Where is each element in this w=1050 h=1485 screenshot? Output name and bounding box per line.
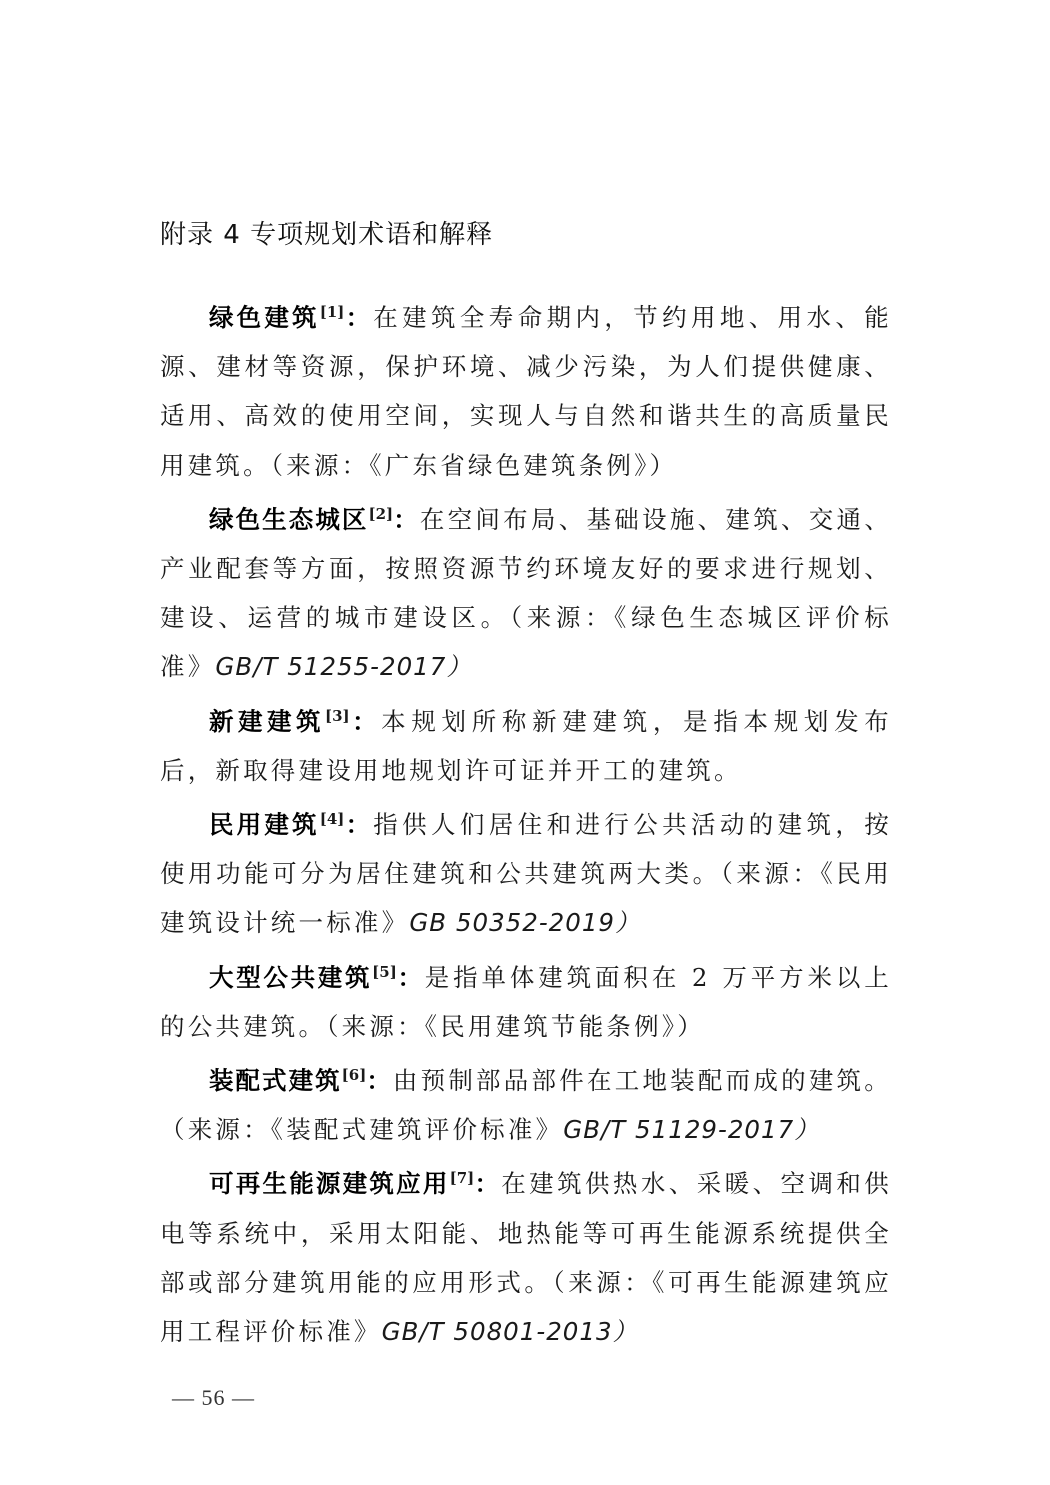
glossary-entry-new-building: 新建建筑[3]：本规划所称新建建筑，是指本规划发布后，新取得建设用地规划许可证并… bbox=[160, 692, 892, 795]
colon: ： bbox=[393, 505, 420, 534]
colon: ： bbox=[366, 1066, 393, 1095]
appendix-title: 附录 4 专项规划术语和解释 bbox=[160, 214, 493, 251]
colon: ： bbox=[350, 707, 382, 736]
glossary-entry-civil-building: 民用建筑[4]：指供人们居住和进行公共活动的建筑，按使用功能可分为居住建筑和公共… bbox=[160, 795, 892, 948]
glossary-entry-large-public-building: 大型公共建筑[5]：是指单体建筑面积在 2 万平方米以上的公共建筑。（来源：《民… bbox=[160, 948, 892, 1051]
colon: ： bbox=[344, 303, 373, 332]
term: 民用建筑 bbox=[209, 810, 320, 839]
colon: ： bbox=[344, 810, 373, 839]
glossary-entry-renewable-energy-application: 可再生能源建筑应用[7]：在建筑供热水、采暖、空调和供电等系统中，采用太阳能、地… bbox=[160, 1154, 892, 1356]
page-number: — 56 — bbox=[172, 1385, 255, 1411]
term: 可再生能源建筑应用 bbox=[209, 1169, 450, 1198]
term: 绿色建筑 bbox=[209, 303, 320, 332]
term: 装配式建筑 bbox=[209, 1066, 342, 1095]
standard-code: GB/T 50801-2013） bbox=[382, 1317, 638, 1346]
glossary-entry-prefab-building: 装配式建筑[6]：由预制部品部件在工地装配而成的建筑。（来源：《装配式建筑评价标… bbox=[160, 1051, 892, 1154]
colon: ： bbox=[474, 1169, 501, 1198]
footnote-ref: [2] bbox=[369, 505, 394, 523]
standard-code: GB/T 51255-2017） bbox=[215, 652, 471, 681]
footnote-ref: [6] bbox=[342, 1066, 367, 1084]
standard-code: GB/T 51129-2017） bbox=[563, 1115, 819, 1144]
term: 新建建筑 bbox=[209, 707, 325, 736]
standard-code: GB 50352-2019） bbox=[409, 908, 640, 937]
footnote-ref: [5] bbox=[372, 963, 397, 981]
footnote-ref: [1] bbox=[320, 303, 345, 321]
term: 大型公共建筑 bbox=[209, 963, 372, 992]
colon: ： bbox=[397, 963, 425, 992]
glossary-body: 绿色建筑[1]：在建筑全寿命期内，节约用地、用水、能源、建材等资源，保护环境、减… bbox=[160, 288, 892, 1356]
footnote-ref: [7] bbox=[450, 1169, 475, 1187]
glossary-entry-green-eco-district: 绿色生态城区[2]：在空间布局、基础设施、建筑、交通、产业配套等方面，按照资源节… bbox=[160, 490, 892, 692]
document-page: 附录 4 专项规划术语和解释 绿色建筑[1]：在建筑全寿命期内，节约用地、用水、… bbox=[0, 0, 1050, 1485]
footnote-ref: [4] bbox=[320, 810, 345, 828]
glossary-entry-green-building: 绿色建筑[1]：在建筑全寿命期内，节约用地、用水、能源、建材等资源，保护环境、减… bbox=[160, 288, 892, 490]
term: 绿色生态城区 bbox=[209, 505, 369, 534]
footnote-ref: [3] bbox=[325, 707, 350, 725]
